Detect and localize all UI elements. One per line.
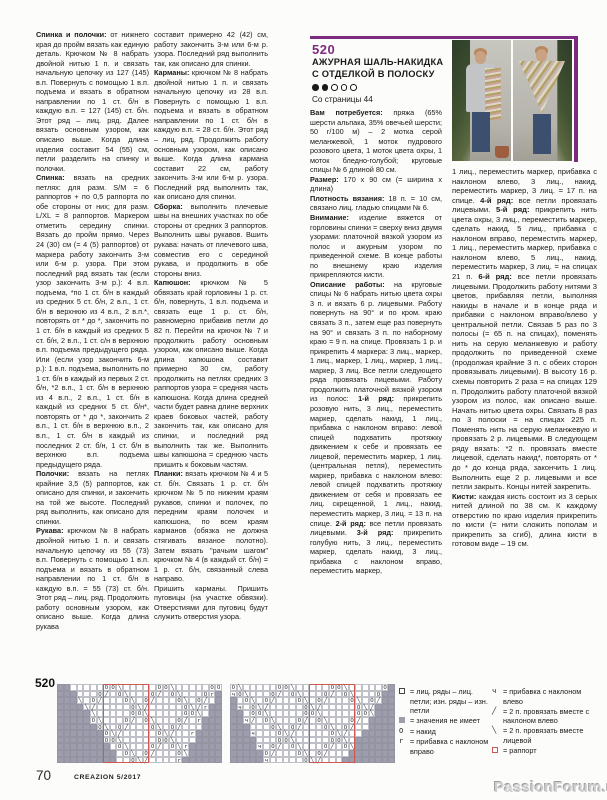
chart-cell-symbol: O — [263, 697, 270, 704]
chart-cell-knit — [256, 691, 263, 698]
chart-cell-no-stitch — [57, 704, 64, 711]
chart-cell-no-stitch — [64, 750, 71, 757]
chart-cell-knit — [243, 684, 250, 691]
chart-cell-no-stitch — [382, 724, 389, 731]
legend-symbol-icon: O — [399, 727, 410, 737]
photo-model-back — [513, 40, 572, 161]
chart-cell-symbol: ╲ — [243, 691, 250, 698]
from-page-note: Со страницы 44 — [312, 95, 373, 104]
chart-cell-no-stitch — [70, 743, 77, 750]
chart-cell-no-stitch — [70, 724, 77, 731]
chart-cell-knit — [149, 704, 156, 711]
legend-entry: ╲= 2 п. провязать вместе лицевой — [492, 726, 602, 745]
text-column-3: Вам потребуется: пряжа (65% шерсти альпа… — [310, 108, 442, 674]
chart-cell-knit — [182, 737, 189, 744]
chart-cell-symbol: r — [209, 691, 216, 698]
chart-cell-symbol: O — [182, 704, 189, 711]
chart-cell-no-stitch — [57, 697, 64, 704]
chart-cell-no-stitch — [215, 724, 222, 731]
chart-cell-symbol: ╱ — [182, 717, 189, 724]
chart-cell-symbol: O — [256, 710, 263, 717]
chart-cell-knit — [362, 697, 369, 704]
rapport-outline — [309, 684, 355, 763]
side-rule — [574, 36, 578, 162]
chart-cell-no-stitch — [57, 717, 64, 724]
chart-cell-symbol: O — [270, 743, 277, 750]
chart-cell-no-stitch — [90, 737, 97, 744]
chart-cell-symbol: O — [196, 697, 203, 704]
chart-cell-symbol: ╲ — [362, 704, 369, 711]
chart-cell-no-stitch — [90, 730, 97, 737]
chart-cell-no-stitch — [369, 717, 376, 724]
chart-cell-knit — [196, 724, 203, 731]
chart-cell-no-stitch — [388, 750, 395, 757]
chart-cell-no-stitch — [189, 743, 196, 750]
chart-cell-symbol: O — [202, 691, 209, 698]
chart-cell-knit — [289, 750, 296, 757]
chart-cell-knit — [362, 717, 369, 724]
chart-cell-no-stitch — [382, 737, 389, 744]
chart-cell-symbol: O — [355, 710, 362, 717]
chart-cell-symbol: ╲ — [163, 730, 170, 737]
chart-cell-knit — [283, 724, 290, 731]
chart-cell-symbol: O — [276, 730, 283, 737]
chart-cell-no-stitch — [388, 730, 395, 737]
chart-cell-no-stitch — [83, 750, 90, 757]
chart-cell-symbol: ╲ — [369, 710, 376, 717]
chart-cell-no-stitch — [237, 743, 244, 750]
chart-cell-no-stitch — [243, 743, 250, 750]
chart-cell-no-stitch — [209, 743, 216, 750]
chart-cell-no-stitch — [83, 710, 90, 717]
chart-cell-no-stitch — [83, 743, 90, 750]
chart-cell-knit — [70, 684, 77, 691]
legend-text: = накид — [410, 727, 491, 737]
chart-cell-no-stitch — [230, 757, 237, 764]
chart-cell-knit — [149, 684, 156, 691]
chart-cell-knit — [169, 750, 176, 757]
chart-cell-symbol: ╱ — [369, 704, 376, 711]
chart-cell-no-stitch — [237, 757, 244, 764]
chart-cell-knit — [296, 730, 303, 737]
chart-cell-symbol: O — [276, 684, 283, 691]
text-column-1: Спинка и полочки: от нижнего края до про… — [36, 30, 149, 670]
chart-cell-symbol: ╲ — [283, 730, 290, 737]
chart-cell-no-stitch — [77, 743, 84, 750]
chart-cell-knit — [182, 730, 189, 737]
chart-cell-no-stitch — [202, 724, 209, 731]
chart-cell-symbol: ╱ — [169, 730, 176, 737]
chart-cell-symbol: O — [276, 737, 283, 744]
chart-cell-symbol: ╱ — [149, 697, 156, 704]
chart-cell-symbol: O — [169, 724, 176, 731]
chart-cell-no-stitch — [90, 743, 97, 750]
chart-cell-no-stitch — [209, 730, 216, 737]
chart-cell-symbol: O — [149, 724, 156, 731]
chart-cell-knit — [90, 684, 97, 691]
chart-cell-symbol: O — [215, 684, 222, 691]
chart-cell-no-stitch — [70, 697, 77, 704]
pattern-number: 520 — [312, 42, 335, 57]
chart-legend-left: = лиц. ряды – лиц. петли; изн. ряды – из… — [399, 687, 491, 757]
chart-cell-symbol: ч — [256, 743, 263, 750]
photo-model-front — [452, 40, 511, 161]
chart-cell-no-stitch — [196, 743, 203, 750]
chart-cell-knit — [163, 697, 170, 704]
chart-cell-no-stitch — [215, 704, 222, 711]
chart-cell-symbol: r — [196, 717, 203, 724]
difficulty-dot-empty — [341, 84, 348, 91]
chart-cell-symbol: ╱ — [276, 691, 283, 698]
chart-cell-symbol: O — [90, 697, 97, 704]
chart-cell-no-stitch — [237, 750, 244, 757]
chart-cell-no-stitch — [215, 691, 222, 698]
chart-cell-no-stitch — [369, 743, 376, 750]
chart-cell-no-stitch — [215, 737, 222, 744]
chart-cell-symbol: O — [283, 684, 290, 691]
chart-cell-no-stitch — [388, 757, 395, 764]
chart-cell-no-stitch — [237, 730, 244, 737]
chart-cell-no-stitch — [375, 717, 382, 724]
chart-cell-knit — [256, 697, 263, 704]
chart-cell-no-stitch — [382, 730, 389, 737]
chart-cell-no-stitch — [196, 730, 203, 737]
chart-cell-symbol: ╲ — [90, 710, 97, 717]
chart-cell-symbol: O — [176, 697, 183, 704]
difficulty-dot-empty — [350, 84, 357, 91]
chart-cell-no-stitch — [237, 710, 244, 717]
chart-cell-no-stitch — [388, 743, 395, 750]
chart-cell-no-stitch — [64, 730, 71, 737]
chart-cell-symbol: O — [250, 710, 257, 717]
chart-cell-no-stitch — [243, 750, 250, 757]
chart-cell-no-stitch — [382, 697, 389, 704]
chart-cell-symbol: ╱ — [263, 704, 270, 711]
legend-entry: = значения не имеет — [399, 716, 491, 727]
chart-cell-knit — [263, 724, 270, 731]
chart-cell-knit — [263, 737, 270, 744]
chart-cell-no-stitch — [375, 704, 382, 711]
chart-cell-knit — [283, 697, 290, 704]
chart-cell-no-stitch — [375, 724, 382, 731]
chart-cell-no-stitch — [64, 717, 71, 724]
chart-cell-knit — [250, 684, 257, 691]
magazine-page: Спинка и полочки: от нижнего края до про… — [0, 0, 607, 800]
chart-cell-symbol: ╲ — [169, 684, 176, 691]
chart-cell-knit — [283, 717, 290, 724]
chart-cell-no-stitch — [57, 743, 64, 750]
pattern-title: АЖУРНАЯ ШАЛЬ-НАКИДКА С ОТДЕЛКОЙ В ПОЛОСК… — [312, 57, 444, 80]
chart-cell-knit — [163, 743, 170, 750]
chart-cell-knit — [209, 697, 216, 704]
chart-cell-no-stitch — [388, 691, 395, 698]
legend-entry: O= накид — [399, 727, 491, 737]
chart-cell-no-stitch — [375, 710, 382, 717]
model-head — [475, 51, 486, 64]
chart-cell-no-stitch — [369, 737, 376, 744]
chart-cell-no-stitch — [215, 710, 222, 717]
watermark: PassionForum.ru — [494, 779, 607, 796]
chart-cell-no-stitch — [250, 750, 257, 757]
chart-cell-no-stitch — [250, 757, 257, 764]
chart-cell-no-stitch — [70, 704, 77, 711]
chart-cell-knit — [283, 704, 290, 711]
chart-cell-no-stitch — [70, 691, 77, 698]
chart-cell-knit — [283, 750, 290, 757]
chart-cell-knit — [362, 724, 369, 731]
chart-cell-knit — [256, 717, 263, 724]
chart-cell-knit — [263, 684, 270, 691]
chart-cell-knit — [296, 737, 303, 744]
chart-cell-no-stitch — [388, 684, 395, 691]
chart-cell-knit — [196, 691, 203, 698]
chart-cell-symbol: ╱ — [355, 717, 362, 724]
chart-cell-no-stitch — [70, 750, 77, 757]
chart-cell-knit — [176, 730, 183, 737]
chart-cell-knit — [156, 704, 163, 711]
chart-cell-no-stitch — [230, 704, 237, 711]
chart-cell-no-stitch — [83, 730, 90, 737]
chart-cell-knit — [176, 684, 183, 691]
chart-cell-no-stitch — [64, 710, 71, 717]
chart-cell-knit — [237, 697, 244, 704]
chart-cell-symbol: ╱ — [149, 750, 156, 757]
chart-cell-symbol: ╲ — [196, 710, 203, 717]
chart-cell-no-stitch — [57, 757, 64, 764]
chart-cell-no-stitch — [83, 737, 90, 744]
chart-cell-symbol: ╲ — [237, 684, 244, 691]
chart-cell-knit — [163, 717, 170, 724]
chart-cell-symbol: O — [176, 750, 183, 757]
chart-cell-no-stitch — [382, 750, 389, 757]
chart-cell-symbol: O — [230, 684, 237, 691]
chart-cell-knit — [276, 697, 283, 704]
chart-cell-knit — [283, 757, 290, 764]
legend-symbol-icon — [399, 716, 410, 727]
legend-entry: = раппорт — [492, 746, 602, 757]
chart-cell-no-stitch — [77, 757, 84, 764]
chart-cell-knit — [149, 730, 156, 737]
chart-cell-no-stitch — [90, 750, 97, 757]
chart-cell-knit — [296, 684, 303, 691]
chart-cell-knit — [163, 750, 170, 757]
chart-cell-symbol: ╲ — [176, 691, 183, 698]
chart-cell-knit — [270, 684, 277, 691]
chart-cell-symbol: ╱ — [156, 691, 163, 698]
chart-cell-knit — [163, 704, 170, 711]
magazine-title: CREAZION 5/2017 — [74, 774, 141, 781]
legend-entry: ч= прибавка с наклоном влево — [492, 687, 602, 706]
chart-cell-no-stitch — [77, 737, 84, 744]
page-number: 70 — [36, 768, 51, 783]
chart-cell-no-stitch — [202, 757, 209, 764]
chart-cell-no-stitch — [243, 724, 250, 731]
chart-cell-knit — [202, 684, 209, 691]
chart-cell-knit — [176, 704, 183, 711]
chart-cell-knit — [276, 710, 283, 717]
chart-cell-knit — [283, 743, 290, 750]
chart-cell-no-stitch — [230, 737, 237, 744]
chart-cell-no-stitch — [196, 757, 203, 764]
chart-cell-no-stitch — [215, 757, 222, 764]
chart-cell-knit — [77, 684, 84, 691]
chart-cell-no-stitch — [355, 737, 362, 744]
chart-cell-no-stitch — [230, 697, 237, 704]
chart-cell-knit — [369, 684, 376, 691]
chart-cell-symbol: O — [90, 717, 97, 724]
chart-cell-symbol: ╲ — [250, 697, 257, 704]
chart-cell-knit — [289, 704, 296, 711]
chart-cell-symbol: O — [355, 704, 362, 711]
chart-cell-no-stitch — [215, 750, 222, 757]
chart-cell-symbol: ╲ — [256, 704, 263, 711]
legend-text: = 2 п. провязать вместе с наклоном влево — [503, 707, 602, 726]
chart-cell-no-stitch — [382, 717, 389, 724]
chart-cell-no-stitch — [362, 750, 369, 757]
chart-cell-symbol: O — [296, 750, 303, 757]
legend-text: = значения не имеет — [410, 716, 491, 727]
chart-cell-no-stitch — [209, 717, 216, 724]
chart-cell-knit — [189, 717, 196, 724]
chart-cell-symbol: O — [382, 684, 389, 691]
chart-cell-no-stitch — [209, 710, 216, 717]
chart-cell-symbol: O — [169, 743, 176, 750]
chart-cell-no-stitch — [355, 743, 362, 750]
legend-text: = прибавка с наклоном вправо — [410, 737, 491, 756]
chart-cell-no-stitch — [388, 717, 395, 724]
chart-cell-no-stitch — [388, 710, 395, 717]
chart-cell-knit — [90, 691, 97, 698]
chart-legend-right: ч= прибавка с наклоном влево╱= 2 п. пров… — [492, 687, 602, 757]
chart-cell-symbol: ╱ — [270, 750, 277, 757]
chart-cell-no-stitch — [256, 750, 263, 757]
chart-cell-symbol: ╱ — [289, 730, 296, 737]
chart-cell-symbol: ╲ — [270, 717, 277, 724]
chart-cell-symbol: O — [289, 724, 296, 731]
chart-cell-knit — [289, 757, 296, 764]
chart-cell-no-stitch — [202, 730, 209, 737]
chart-cell-symbol: O — [362, 710, 369, 717]
chart-cell-knit — [176, 737, 183, 744]
chart-cell-knit — [270, 704, 277, 711]
chart-cell-knit — [283, 710, 290, 717]
chart-cell-knit — [355, 730, 362, 737]
chart-cell-no-stitch — [64, 691, 71, 698]
chart-cell-no-stitch — [243, 737, 250, 744]
chart-cell-no-stitch — [189, 750, 196, 757]
chart-cell-no-stitch — [57, 684, 64, 691]
chart-cell-no-stitch — [70, 737, 77, 744]
chart-cell-knit — [263, 691, 270, 698]
chart-cell-symbol: ч — [250, 730, 257, 737]
chart-cell-knit — [83, 684, 90, 691]
chart-cell-knit — [375, 684, 382, 691]
chart-cell-knit — [276, 757, 283, 764]
chart-cell-no-stitch — [230, 743, 237, 750]
chart-cell-symbol: ╱ — [375, 697, 382, 704]
chart-cell-symbol: ╱ — [196, 704, 203, 711]
chart-cell-knit — [243, 704, 250, 711]
chart-cell-symbol: O — [237, 691, 244, 698]
chart-cell-no-stitch — [70, 710, 77, 717]
chart-cell-knit — [256, 724, 263, 731]
chart-cell-no-stitch — [215, 730, 222, 737]
chart-cell-no-stitch — [64, 737, 71, 744]
chart-cell-symbol: O — [296, 717, 303, 724]
chart-cell-knit — [270, 730, 277, 737]
chart-cell-knit — [355, 691, 362, 698]
chart-cell-knit — [256, 730, 263, 737]
chart-cell-no-stitch — [70, 757, 77, 764]
chart-cell-knit — [149, 757, 156, 764]
chart-cell-no-stitch — [243, 730, 250, 737]
chart-cell-no-stitch — [362, 730, 369, 737]
chart-cell-no-stitch — [382, 704, 389, 711]
chart-cell-no-stitch — [57, 737, 64, 744]
chart-cell-no-stitch — [237, 737, 244, 744]
chart-cell-symbol: r — [189, 730, 196, 737]
chart-cell-knit — [77, 691, 84, 698]
chart-cell-no-stitch — [230, 750, 237, 757]
chart-cell-knit — [156, 710, 163, 717]
chart-cell-no-stitch — [70, 717, 77, 724]
chart-cell-symbol: O — [263, 717, 270, 724]
chart-cell-symbol: O — [289, 743, 296, 750]
chart-cell-symbol: ╲ — [77, 697, 84, 704]
legend-text: = прибавка с наклоном влево — [503, 687, 602, 706]
chart-cell-knit — [196, 684, 203, 691]
chart-cell-knit — [182, 684, 189, 691]
chart-cell-knit — [156, 757, 163, 764]
rapport-outline — [103, 684, 149, 763]
chart-cell-no-stitch — [77, 717, 84, 724]
chart-cell-no-stitch — [77, 724, 84, 731]
chart-cell-symbol: O — [375, 691, 382, 698]
difficulty-dot-empty — [331, 84, 338, 91]
legend-text: = 2 п. провязать вместе лицевой — [503, 726, 602, 745]
chart-cell-symbol: O — [163, 684, 170, 691]
chart-cell-no-stitch — [256, 757, 263, 764]
chart-cell-knit — [270, 757, 277, 764]
chart-cell-knit — [243, 710, 250, 717]
chart-cell-symbol: O — [209, 684, 216, 691]
chart-cell-knit — [270, 737, 277, 744]
chart-cell-knit — [250, 691, 257, 698]
chart-cell-no-stitch — [64, 743, 71, 750]
chart-cell-no-stitch — [57, 724, 64, 731]
chart-cell-no-stitch — [209, 724, 216, 731]
chart-cell-knit — [256, 737, 263, 744]
chart-cell-knit — [283, 691, 290, 698]
chart-cell-no-stitch — [362, 757, 369, 764]
chart-cell-symbol: O — [156, 684, 163, 691]
chart-cell-symbol: O — [182, 710, 189, 717]
chart-cell-no-stitch — [388, 697, 395, 704]
chart-cell-no-stitch — [209, 737, 216, 744]
chart-cell-no-stitch — [202, 717, 209, 724]
chart-cell-no-stitch — [369, 730, 376, 737]
legend-symbol-icon: ╱ — [492, 707, 503, 726]
chart-cell-knit — [276, 750, 283, 757]
chart-cell-knit — [263, 743, 270, 750]
chart-cell-knit — [83, 697, 90, 704]
chart-cell-no-stitch — [382, 710, 389, 717]
chart-cell-no-stitch — [209, 704, 216, 711]
chart-cell-no-stitch — [64, 757, 71, 764]
chart-cell-no-stitch — [202, 737, 209, 744]
chart-cell-symbol: O — [283, 737, 290, 744]
chart-cell-symbol: ╲ — [182, 697, 189, 704]
